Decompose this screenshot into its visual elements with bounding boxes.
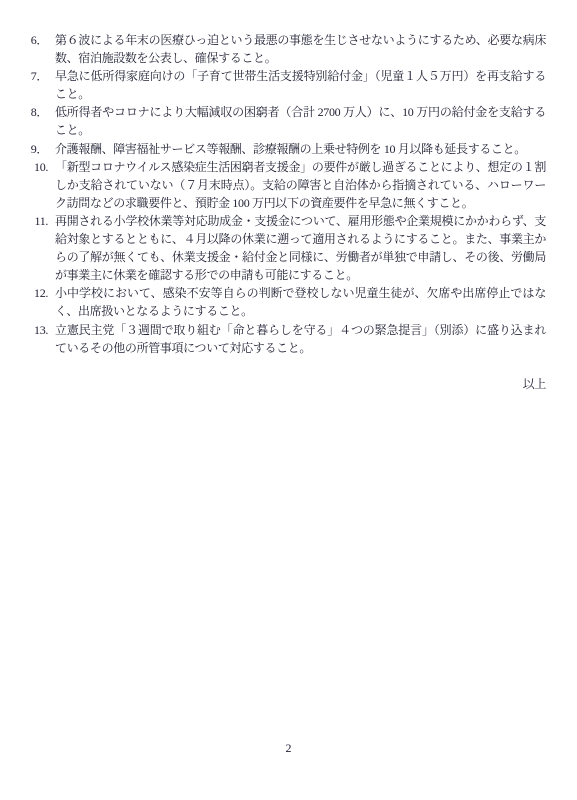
item-text: 早急に低所得家庭向けの「子育て世帯生活支援特別給付金」（児童１人５万円）を再支給…: [55, 67, 546, 103]
page-number: 2: [0, 741, 577, 755]
item-text: 立憲民主党「３週間で取り組む「命と暮らしを守る」４つの緊急提言」（別添）に盛り込…: [55, 321, 546, 357]
item-text: 第６波による年末の医療ひっ迫という最悪の事態を生じさせないようにするため、必要な…: [55, 31, 546, 67]
item-number: 6．: [0, 31, 48, 49]
list-item: 7． 早急に低所得家庭向けの「子育て世帯生活支援特別給付金」（児童１人５万円）を…: [0, 67, 546, 103]
item-text: 再開される小学校休業等対応助成金・支援金について、雇用形態や企業規模にかかわらず…: [55, 212, 546, 284]
item-number: 13.: [0, 321, 48, 339]
list-item: 12. 小中学校において、感染不安等自らの判断で登校しない児童生徒が、欠席や出席…: [0, 284, 546, 320]
item-number: 8．: [0, 103, 48, 121]
item-number: 11.: [0, 212, 48, 230]
document-page: 6． 第６波による年末の医療ひっ迫という最悪の事態を生じさせないようにするため、…: [0, 0, 577, 800]
item-text: 介護報酬、障害福祉サービス等報酬、診療報酬の上乗せ特例を 10 月以降も延長する…: [55, 140, 546, 158]
list-item: 11. 再開される小学校休業等対応助成金・支援金について、雇用形態や企業規模にか…: [0, 212, 546, 284]
item-number: 12.: [0, 284, 48, 302]
numbered-list: 6． 第６波による年末の医療ひっ迫という最悪の事態を生じさせないようにするため、…: [0, 31, 577, 393]
item-text: 小中学校において、感染不安等自らの判断で登校しない児童生徒が、欠席や出席停止では…: [55, 284, 546, 320]
list-item: 9． 介護報酬、障害福祉サービス等報酬、診療報酬の上乗せ特例を 10 月以降も延…: [0, 140, 546, 158]
closing-word: 以上: [0, 375, 546, 393]
item-number: 7．: [0, 67, 48, 85]
item-text: 「新型コロナウイルス感染症生活困窮者支援金」の要件が厳し過ぎることにより、想定の…: [55, 158, 546, 212]
list-item: 6． 第６波による年末の医療ひっ迫という最悪の事態を生じさせないようにするため、…: [0, 31, 546, 67]
list-item: 13. 立憲民主党「３週間で取り組む「命と暮らしを守る」４つの緊急提言」（別添）…: [0, 321, 546, 357]
list-item: 10. 「新型コロナウイルス感染症生活困窮者支援金」の要件が厳し過ぎることにより…: [0, 158, 546, 212]
item-text: 低所得者やコロナにより大幅減収の困窮者（合計 2700 万人）に、10 万円の給…: [55, 103, 546, 139]
list-item: 8． 低所得者やコロナにより大幅減収の困窮者（合計 2700 万人）に、10 万…: [0, 103, 546, 139]
item-number: 9．: [0, 140, 48, 158]
item-number: 10.: [0, 158, 48, 176]
